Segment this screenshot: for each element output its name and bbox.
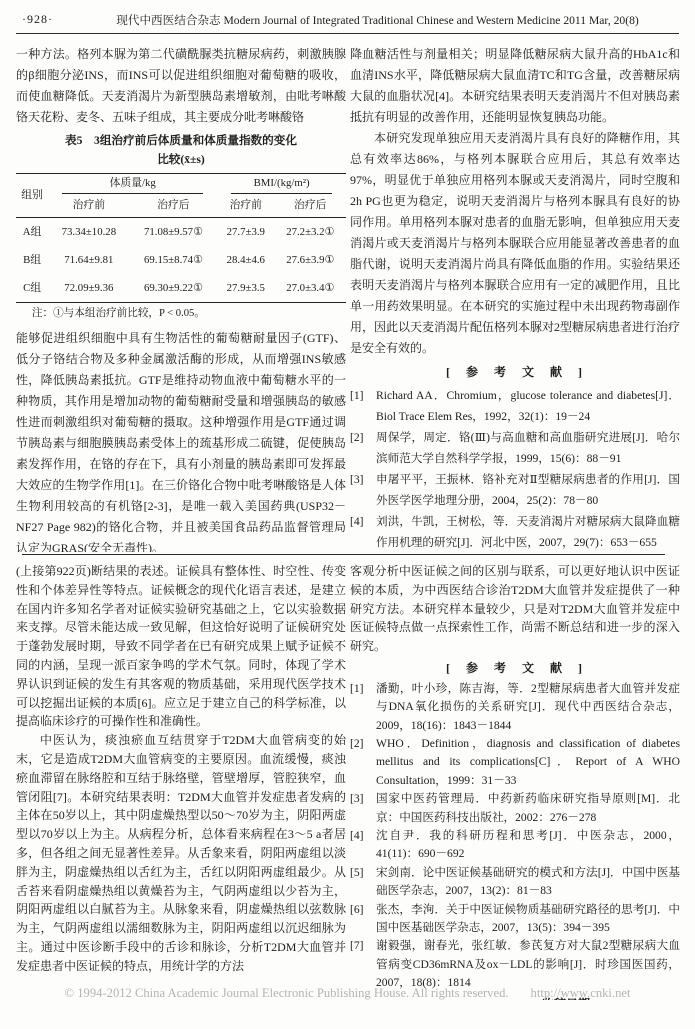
reference-item: [3] 国家中医药管理局．中药新药临床研究指导原则[M]．北京：中国医药科技出版…	[350, 790, 680, 827]
reference-text: 潘勤，叶小珍，陈吉海，等．2型糖尿病患者大血管并发症与DNA氧化损伤的关系研究[…	[376, 680, 680, 735]
body-paragraph: 本研究发现单独应用天麦消渴片具有良好的降糖作用，其总有效率达86%，与格列本脲联…	[350, 128, 680, 359]
header-rule	[16, 33, 679, 34]
table-caption: 表5 3组治疗前后体质量和体质量指数的变化 比较(x̄±s)	[16, 131, 346, 169]
reference-text: 周保学，周定．铬(Ⅲ)与高血糖和高血脂研究进展[J]．哈尔滨师范大学自然科学学报…	[376, 427, 680, 469]
reference-label: [3]	[350, 790, 376, 827]
table-cell: 27.7±3.9	[217, 218, 274, 247]
reference-label: [2]	[350, 735, 376, 790]
reference-text: 申屠平平，王振林．铬补充对Ⅱ型糖尿病患者的作用[J]．国外医学医学地理分册，20…	[376, 469, 680, 511]
page-header: ·928· 现代中西医结合杂志 Modern Journal of Integr…	[16, 10, 679, 30]
cnki-url[interactable]: http://www.cnki.net	[531, 986, 631, 1000]
journal-title: 现代中西医结合杂志 Modern Journal of Integrated T…	[76, 12, 679, 28]
reference-text: 宋剑南．论中医证候基础研究的模式和方法[J]．中国中医基础医学杂志，2007，1…	[376, 864, 680, 901]
reference-item: [6] 张杰，李洵．关于中医证候物质基础研究路径的思考[J]．中国中医基础医学杂…	[350, 901, 680, 938]
table-cell: 27.6±3.9①	[274, 246, 346, 274]
reference-label: [6]	[350, 901, 376, 938]
table-cell: 69.30±9.22①	[130, 274, 218, 303]
table-caption-line2: 比较(x̄±s)	[16, 150, 346, 169]
table-note: 注：①与本组治疗前比较，P < 0.05。	[16, 306, 346, 322]
reference-label: [7]	[350, 937, 376, 992]
body-paragraph-continued: (上接第922页)断结果的表述。证候具有整体性、时空性、传变性和个体差异性等特点…	[16, 562, 346, 731]
reference-item: [1] 潘勤，叶小珍，陈吉海，等．2型糖尿病患者大血管并发症与DNA氧化损伤的关…	[350, 680, 680, 735]
table-cell: C组	[16, 274, 48, 303]
references-heading: [ 参 考 文 献 ]	[350, 659, 680, 678]
table-subheader: 治疗前	[48, 196, 129, 218]
reference-item: [5] 宋剑南．论中医证候基础研究的模式和方法[J]．中国中医基础医学杂志，20…	[350, 864, 680, 901]
reference-text: WHO．Definition，diagnosis and classificat…	[376, 735, 680, 790]
reference-label: [3]	[350, 469, 376, 511]
page-footer: © 1994-2012 China Academic Journal Elect…	[0, 986, 695, 1001]
table-row: A组 73.34±10.28 71.08±9.57① 27.7±3.9 27.2…	[16, 218, 346, 247]
table-cell: 27.0±3.4①	[274, 274, 346, 303]
copyright-text: © 1994-2012 China Academic Journal Elect…	[65, 986, 509, 1000]
reference-label: [4]	[350, 827, 376, 864]
table-cell: 71.08±9.57①	[130, 218, 218, 247]
body-paragraph: 客观分析中医证候之间的区别与联系，可以更好地认识中医证候的本质，为中西医结合诊治…	[350, 562, 680, 656]
table-subheader: 治疗后	[274, 196, 346, 218]
table-cell: 69.15±8.74①	[130, 246, 218, 274]
table-cell: 73.34±10.28	[48, 218, 129, 247]
table-cell: B组	[16, 246, 48, 274]
reference-text: 沈自尹．我的科研历程和思考[J]．中医杂志，2000，41(11)：690－69…	[376, 827, 680, 864]
table-row: B组 71.64±9.81 69.15±8.74① 28.4±4.6 27.6±…	[16, 246, 346, 274]
table-cell: 27.2±3.2①	[274, 218, 346, 247]
reference-text: 国家中医药管理局．中药新药临床研究指导原则[M]．北京：中国医药科技出版社，20…	[376, 790, 680, 827]
reference-item: [2] 周保学，周定．铬(Ⅲ)与高血糖和高血脂研究进展[J]．哈尔滨师范大学自然…	[350, 427, 680, 469]
reference-item: [7] 谢毅强，谢春光，张红敏．参芪复方对大鼠2型糖尿病大血管病变CD36mRN…	[350, 937, 680, 992]
page-number: ·928·	[22, 12, 53, 27]
table-header-bmi: BMI/(kg/m²)	[217, 174, 346, 197]
reference-item: [4] 沈自尹．我的科研历程和思考[J]．中医杂志，2000，41(11)：69…	[350, 827, 680, 864]
body-paragraph: 能够促进组织细胞中具有生物活性的葡萄糖耐量因子(GTF)、低分子铬结合物及多种金…	[16, 328, 346, 552]
table-header-group: 组别	[16, 174, 48, 218]
table-subheader: 治疗后	[130, 196, 218, 218]
table-cell: 72.09±9.36	[48, 274, 129, 303]
reference-item: [3] 申屠平平，王振林．铬补充对Ⅱ型糖尿病患者的作用[J]．国外医学医学地理分…	[350, 469, 680, 511]
reference-label: [4]	[350, 511, 376, 552]
table-row: C组 72.09±9.36 69.30±9.22① 27.9±3.5 27.0±…	[16, 274, 346, 303]
reference-label: [1]	[350, 680, 376, 735]
reference-item: [4] 刘洪，牛凯，王树松，等．天麦消渴片对糖尿病大鼠降血糖作用机理的研究[J]…	[350, 511, 680, 552]
body-paragraph: 一种方法。格列本脲为第二代磺酰脲类抗糖尿病药，刺激胰腺的β细胞分泌INS，而IN…	[16, 44, 346, 128]
table-cell: 71.64±9.81	[48, 246, 129, 274]
reference-label: [5]	[350, 864, 376, 901]
data-table-weight-bmi: 组别 体质量/kg BMI/(kg/m²) 治疗前 治疗后 治疗前 治疗后 A组…	[16, 173, 346, 303]
journal-page: ·928· 现代中西医结合杂志 Modern Journal of Integr…	[0, 0, 695, 1029]
table-cell: A组	[16, 218, 48, 247]
article1-right-column: 降血糖活性与剂量相关；明显降低糖尿病大鼠升高的HbA1c和血清INS水平，降低糖…	[350, 44, 680, 552]
reference-text: 谢毅强，谢春光，张红敏．参芪复方对大鼠2型糖尿病大血管病变CD36mRNA及ox…	[376, 937, 680, 992]
table-caption-line1: 表5 3组治疗前后体质量和体质量指数的变化	[16, 131, 346, 150]
article2-left-column: (上接第922页)断结果的表述。证候具有整体性、时空性、传变性和个体差异性等特点…	[16, 562, 346, 994]
body-paragraph: 中医认为，痰浊瘀血互结贯穿于T2DM大血管病变的始末，它是造成T2DM大血管病变…	[16, 731, 346, 975]
table-cell: 28.4±4.6	[217, 246, 274, 274]
article2-right-column: 客观分析中医证候之间的区别与联系，可以更好地认识中医证候的本质，为中西医结合诊治…	[350, 562, 680, 1000]
body-paragraph: 降血糖活性与剂量相关；明显降低糖尿病大鼠升高的HbA1c和血清INS水平，降低糖…	[350, 44, 680, 128]
reference-label: [2]	[350, 427, 376, 469]
table-cell: 27.9±3.5	[217, 274, 274, 303]
reference-text: 张杰，李洵．关于中医证候物质基础研究路径的思考[J]．中国中医基础医学杂志，20…	[376, 901, 680, 938]
table-subheader: 治疗前	[217, 196, 274, 218]
section-divider	[22, 554, 665, 555]
references-heading: [ 参 考 文 献 ]	[350, 362, 680, 383]
reference-text: 刘洪，牛凯，王树松，等．天麦消渴片对糖尿病大鼠降血糖作用机理的研究[J]．河北中…	[376, 511, 680, 552]
reference-text: Richard AA．Chromium，glucose tolerance an…	[376, 385, 680, 427]
reference-item: [1] Richard AA．Chromium，glucose toleranc…	[350, 385, 680, 427]
table-header-weight: 体质量/kg	[48, 174, 217, 197]
reference-item: [2] WHO．Definition，diagnosis and classif…	[350, 735, 680, 790]
article1-left-column: 一种方法。格列本脲为第二代磺酰脲类抗糖尿病药，刺激胰腺的β细胞分泌INS，而IN…	[16, 44, 346, 552]
reference-label: [1]	[350, 385, 376, 427]
